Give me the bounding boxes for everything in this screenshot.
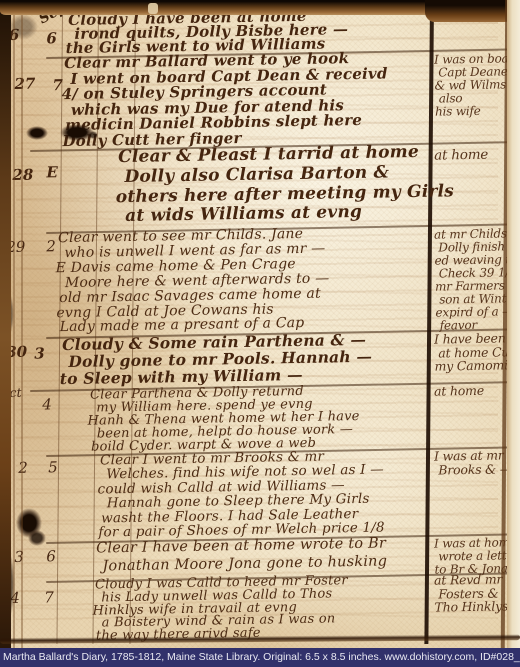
entry-weekday: 6 <box>46 547 56 565</box>
entry-text: Cloudy I have been at homeirond quilts, … <box>68 8 348 55</box>
margin-notes: at Revd mrFosters &Tho Hinklys <box>434 572 519 614</box>
entry-text: Clear mr Ballard went to ye hookI went o… <box>64 50 389 149</box>
caption-text: Martha Ballard's Diary, 1785-1812, Maine… <box>3 651 520 663</box>
manuscript-page: Sept 26 6 Cloudy I have been at homeiron… <box>0 0 520 648</box>
entry-weekday: 5 <box>48 458 58 476</box>
entry-weekday: 6 <box>46 29 57 47</box>
entry-weekday: 3 <box>34 344 45 362</box>
entry-date: 2 <box>18 459 28 477</box>
entry-text: Cloudy & Some rain Parthena & —Dolly gon… <box>62 331 373 387</box>
page-edge-notch <box>148 3 158 14</box>
ink-blot <box>88 131 98 139</box>
margin-note-line: Tho Hinklys <box>434 599 518 614</box>
entry-text: Cloudy I was Calld to heed mr Fosterhis … <box>95 575 349 643</box>
entry-weekday: 7 <box>44 588 54 606</box>
page-stack-line <box>13 0 15 648</box>
margin-column-rule <box>424 0 433 644</box>
entry-date: 27 <box>14 75 35 93</box>
entry-date: 28 <box>12 166 33 184</box>
caption-bar: Martha Ballard's Diary, 1785-1812, Maine… <box>0 648 520 667</box>
ink-blot <box>28 530 46 546</box>
book-binding-edge <box>0 0 11 648</box>
diary-scan-window: Sept 26 6 Cloudy I have been at homeiron… <box>0 0 520 667</box>
entry-text: Clear went to see mr Childs. Janewho is … <box>58 226 330 335</box>
entry-text: Clear & Pleast I tarrid at homeDolly als… <box>118 142 455 227</box>
page-stack-line <box>21 0 23 648</box>
margin-notes: I was at homewrote a letterto Br & Jona <box>434 536 519 576</box>
entry-weekday: E <box>46 163 58 181</box>
entry-text: Clear I have been at home wrote to BrJon… <box>96 535 387 575</box>
entry-text: Clear Parthena & Dolly returndmy William… <box>90 384 360 454</box>
entry-weekday: 2 <box>46 237 56 255</box>
entry-weekday: 4 <box>42 395 52 413</box>
ink-blot <box>26 126 48 140</box>
entry-text: Clear I went to mr Brooks & mrWelches. f… <box>100 449 385 540</box>
page-bottom-edge <box>0 634 520 644</box>
entry-text-line: at wids Williams at evng <box>125 202 454 228</box>
next-page-edge <box>507 0 520 648</box>
